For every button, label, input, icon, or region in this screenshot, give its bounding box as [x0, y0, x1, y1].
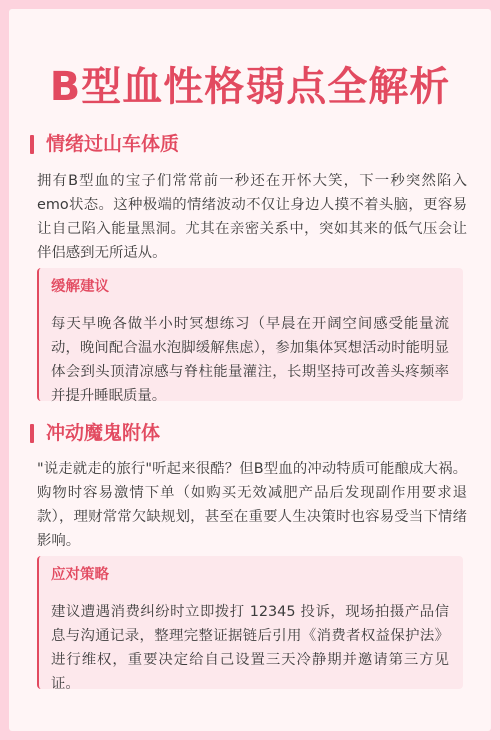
page-title: B型血性格弱点全解析 — [0, 62, 500, 112]
tip-box-strategy: 应对策略 建议遭遇消费纠纷时立即拨打 12345 投诉，现场拍摄产品信息与沟通记… — [37, 556, 463, 689]
tip-box-relief: 缓解建议 每天早晚各做半小时冥想练习（早晨在开阔空间感受能量流动，晚间配合温水泡… — [37, 268, 463, 401]
tip-text: 每天早晚各做半小时冥想练习（早晨在开阔空间感受能量流动，晚间配合温水泡脚缓解焦虑… — [51, 312, 449, 408]
heading-accent-bar — [30, 424, 34, 443]
tip-text: 建议遭遇消费纠纷时立即拨打 12345 投诉，现场拍摄产品信息与沟通记录，整理完… — [51, 600, 449, 696]
section-heading-impulsive: 冲动魔鬼附体 — [30, 421, 160, 445]
section-body-emotional: 拥有B型血的宝子们常常前一秒还在开怀大笑，下一秒突然陷入emo状态。这种极端的情… — [37, 169, 467, 265]
heading-accent-bar — [30, 135, 34, 154]
section-body-impulsive: "说走就走的旅行"听起来很酷？但B型血的冲动特质可能酿成大祸。购物时容易激情下单… — [37, 457, 467, 553]
section-heading-emotional: 情绪过山车体质 — [30, 132, 179, 156]
tip-title: 缓解建议 — [51, 277, 449, 297]
section-heading-text: 情绪过山车体质 — [46, 132, 179, 156]
tip-title: 应对策略 — [51, 565, 449, 585]
section-heading-text: 冲动魔鬼附体 — [46, 421, 160, 445]
